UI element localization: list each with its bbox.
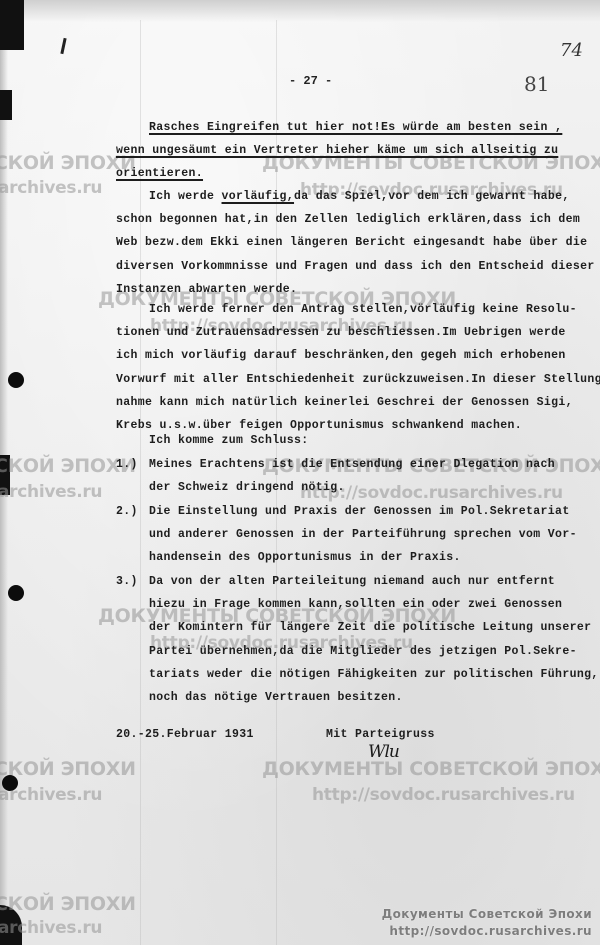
- text-line: Ich komme zum Schluss:: [149, 434, 309, 447]
- page-number: - 27 -: [289, 74, 332, 88]
- text-line: Vorwurf mit aller Entschiedenheit zurück…: [116, 373, 600, 386]
- text-line: Ich werde ferner den Antrag stellen,vörl…: [149, 303, 577, 316]
- item-line: der Komintern für längere Zeit die polit…: [149, 621, 591, 634]
- item-line: Meines Erachtens ist die Entsendung eine…: [149, 458, 555, 471]
- item-line: handensein des Opportunismus in der Prax…: [149, 551, 461, 564]
- item-number: 3.): [116, 575, 138, 588]
- watermark-corner-title: Документы Советской Эпохи: [382, 907, 592, 921]
- watermark-url: archives.ru: [0, 785, 102, 805]
- watermark-corner-url: http://sovdoc.rusarchives.ru: [389, 924, 592, 938]
- scan-border: [0, 0, 24, 50]
- punch-hole: [8, 585, 24, 601]
- text-line: Ich werde vorläufig,da das Spiel,vor dem…: [149, 190, 570, 203]
- watermark-title: ДОКУМЕНТЫ СОВЕТСКОЙ ЭПОХИ: [262, 758, 600, 780]
- text-line: Rasches Eingreifen tut hier not!Es würde…: [149, 121, 562, 134]
- watermark-title: СКОЙ ЭПОХИ: [0, 893, 136, 915]
- date-line: 20.-25.Februar 1931: [116, 728, 254, 741]
- signature: Wlu: [368, 742, 399, 762]
- item-line: hiezu in Frage kommen kann,sollten ein o…: [149, 598, 562, 611]
- archive-number: 74: [560, 40, 583, 61]
- text-line: Instanzen abwarten werde.: [116, 283, 297, 296]
- fold-line: [140, 20, 141, 945]
- item-line: der Schweiz dringend nötig.: [149, 481, 345, 494]
- text-line: orientieren.: [116, 167, 203, 180]
- item-number: 2.): [116, 505, 138, 518]
- underlined-phrase: vorläufig,: [222, 190, 295, 203]
- text-line: wenn ungesäumt ein Vertreter hieher käme…: [116, 144, 558, 157]
- document-page: СКОЙ ЭПОХИ archives.ru ДОКУМЕНТЫ СОВЕТСК…: [0, 0, 600, 945]
- punch-hole: [8, 372, 24, 388]
- closing-line: Mit Parteigruss: [326, 728, 435, 741]
- watermark-url: archives.ru: [0, 918, 102, 938]
- item-line: und anderer Genossen in der Parteiführun…: [149, 528, 577, 541]
- item-line: tariats weder die nötigen Fähigkeiten zu…: [149, 668, 599, 681]
- scan-border: [0, 90, 12, 120]
- text-line: Web bezw.dem Ekki einen längeren Bericht…: [116, 236, 587, 249]
- watermark-title: СКОЙ ЭПОХИ: [0, 758, 136, 780]
- page-top-shadow: [0, 0, 600, 22]
- item-line: Da von der alten Parteileitung niemand a…: [149, 575, 555, 588]
- text-line: tionen und Zutrauensadressen zu beschlie…: [116, 326, 566, 339]
- item-line: Die Einstellung und Praxis der Genossen …: [149, 505, 570, 518]
- text-line: nahme kann mich natürlich keinerlei Gesc…: [116, 396, 573, 409]
- text-line: diversen Vorkommnisse und Fragen und das…: [116, 260, 595, 273]
- pen-mark: [60, 38, 66, 54]
- watermark-url: archives.ru: [0, 178, 102, 198]
- item-number: 1.): [116, 458, 138, 471]
- text-line: Krebs u.s.w.über feigen Opportunismus sc…: [116, 419, 522, 432]
- item-line: noch das nötige Vertrauen besitzen.: [149, 691, 403, 704]
- watermark-url: http://sovdoc.rusarchives.ru: [312, 785, 575, 805]
- folio-number: 81: [524, 72, 549, 96]
- text-line: schon begonnen hat,in den Zellen ledigli…: [116, 213, 580, 226]
- watermark-url: archives.ru: [0, 482, 102, 502]
- item-line: Partei übernehmen,da die Mitglieder des …: [149, 645, 577, 658]
- text-line: ich mich vorläufig darauf beschränken,de…: [116, 349, 566, 362]
